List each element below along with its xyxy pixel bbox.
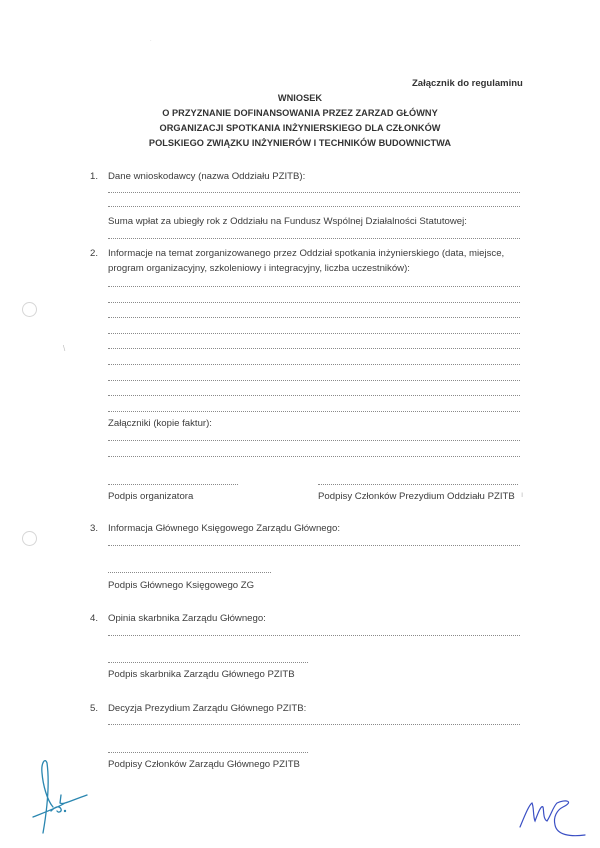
section-5-fill-line[interactable] [108, 724, 520, 725]
section-2-label-line-1: Informacje na temat zorganizowanego prze… [108, 248, 504, 259]
section-1-fill-line[interactable] [108, 206, 520, 207]
section-1-sum-label: Suma wpłat za ubiegły rok z Oddziału na … [108, 216, 467, 227]
section-5-label: Decyzja Prezydium Zarządu Głównego PZITB… [108, 703, 306, 714]
section-4-fill-line[interactable] [108, 635, 520, 636]
document-title: WNIOSEK [0, 93, 600, 103]
section-2-fill-line[interactable] [108, 395, 520, 396]
attachments-fill-line[interactable] [108, 456, 520, 457]
scan-mark: ı [521, 490, 523, 499]
punch-hole-mark [22, 531, 37, 546]
treasurer-signature-line[interactable] [108, 662, 308, 663]
section-2-number: 2. [90, 248, 98, 259]
section-2-fill-line[interactable] [108, 317, 520, 318]
section-1-number: 1. [90, 171, 98, 182]
section-2-fill-line[interactable] [108, 380, 520, 381]
section-4-number: 4. [90, 613, 98, 624]
annex-label: Załącznik do regulaminu [412, 78, 523, 89]
section-2-fill-line[interactable] [108, 286, 520, 287]
section-1-fill-line[interactable] [108, 192, 520, 193]
document-subtitle-line-2: ORGANIZACJI SPOTKANIA INŻYNIERSKIEGO DLA… [0, 123, 600, 133]
section-3-label: Informacja Głównego Księgowego Zarządu G… [108, 523, 340, 534]
chief-accountant-signature-line[interactable] [108, 572, 271, 573]
board-members-signature-label: Podpisy Członków Zarządu Głównego PZITB [108, 759, 300, 770]
section-2-fill-line[interactable] [108, 302, 520, 303]
section-1-label: Dane wnioskodawcy (nazwa Oddziału PZITB)… [108, 171, 305, 182]
section-3-number: 3. [90, 523, 98, 534]
attachments-fill-line[interactable] [108, 440, 520, 441]
organizer-signature-line[interactable] [108, 484, 238, 485]
section-2-fill-line[interactable] [108, 411, 520, 412]
document-subtitle-line-3: POLSKIEGO ZWIĄZKU INŻYNIERÓW I TECHNIKÓW… [0, 138, 600, 148]
handwritten-initials-right-icon [515, 795, 600, 845]
punch-hole-mark [22, 302, 37, 317]
section-2-label-line-2: program organizacyjny, szkoleniowy i int… [108, 263, 410, 274]
organizer-signature-label: Podpis organizatora [108, 491, 193, 502]
section-2-fill-line[interactable] [108, 364, 520, 365]
section-2-fill-line[interactable] [108, 333, 520, 334]
branch-presidium-signature-line[interactable] [318, 484, 518, 485]
board-members-signature-line[interactable] [108, 752, 308, 753]
branch-presidium-signature-label: Podpisy Członków Prezydium Oddziału PZIT… [318, 491, 515, 502]
scan-mark: · [150, 38, 152, 44]
chief-accountant-signature-label: Podpis Głównego Księgowego ZG [108, 580, 254, 591]
treasurer-signature-label: Podpis skarbnika Zarządu Głównego PZITB [108, 669, 295, 680]
section-3-fill-line[interactable] [108, 545, 520, 546]
section-2-fill-line[interactable] [108, 348, 520, 349]
section-1-sum-fill-line[interactable] [108, 238, 520, 239]
document-subtitle-line-1: O PRZYZNANIE DOFINANSOWANIA PRZEZ ZARZAD… [0, 108, 600, 118]
scan-mark: \ [63, 344, 65, 353]
section-4-label: Opinia skarbnika Zarządu Głównego: [108, 613, 266, 624]
section-5-number: 5. [90, 703, 98, 714]
handwritten-initials-left-icon [25, 755, 100, 840]
attachments-label: Załączniki (kopie faktur): [108, 418, 212, 429]
